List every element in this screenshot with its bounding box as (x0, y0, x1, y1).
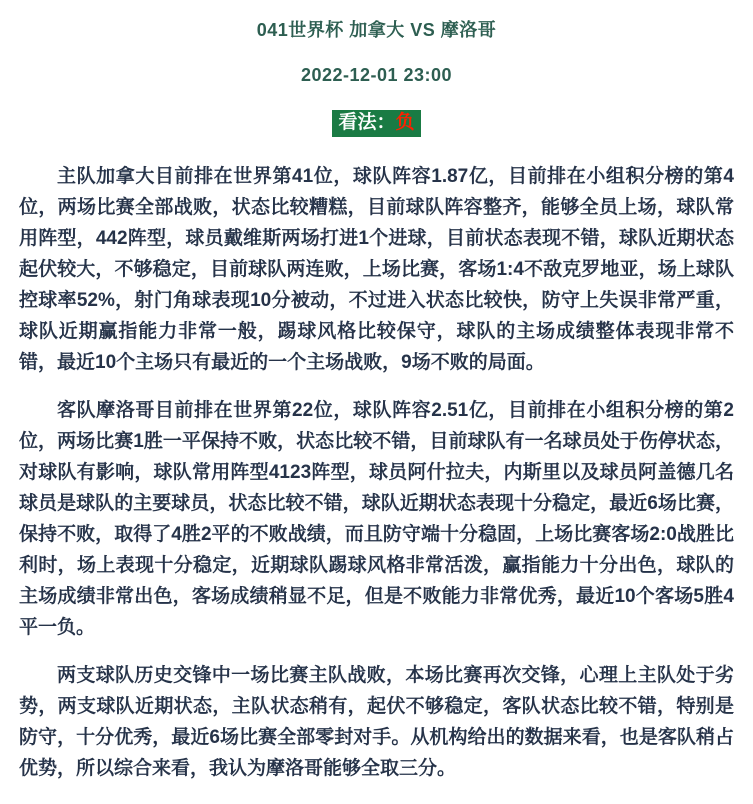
verdict-label: 看法： (338, 112, 395, 133)
match-title: 041世界杯 加拿大 VS 摩洛哥 (19, 18, 734, 42)
paragraph-conclusion: 两支球队历史交锋中一场比赛主队战败，本场比赛再次交锋，心理上主队处于劣势，两支球… (19, 660, 734, 784)
paragraph-away-team-analysis: 客队摩洛哥目前排在世界第22位，球队阵容2.51亿，目前排在小组积分榜的第2位，… (19, 395, 734, 643)
verdict-badge: 看法：负 (332, 110, 420, 137)
paragraph-home-team-analysis: 主队加拿大目前排在世界第41位，球队阵容1.87亿，目前排在小组积分榜的第4位，… (19, 161, 734, 378)
match-analysis-article: 041世界杯 加拿大 VS 摩洛哥 2022-12-01 23:00 看法：负 … (0, 0, 753, 804)
verdict-value: 负 (396, 112, 415, 133)
match-datetime: 2022-12-01 23:00 (19, 63, 734, 87)
verdict-row: 看法：负 (19, 110, 734, 137)
